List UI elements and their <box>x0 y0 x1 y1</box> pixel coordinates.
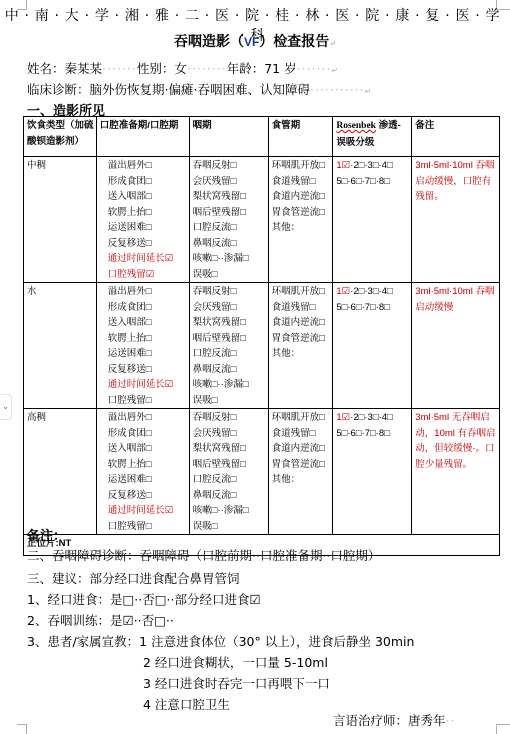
food-type-cell: 水 <box>24 283 97 409</box>
name-label: 姓名： <box>27 61 65 76</box>
remarks-label: 备注： <box>27 525 66 544</box>
rosenbek-cell: 1☑·2□·3□·4□ 5□·6□·7□·8□ <box>333 409 412 535</box>
rosenbek-cell: 1☑·2□·3□·4□ 5□·6□·7□·8□ <box>333 283 412 409</box>
pharyngeal-item: 鼻咽反流□ <box>193 362 266 378</box>
esophageal-item: 环咽肌开放□ <box>272 158 331 174</box>
oral-item: 溢出唇外□ <box>100 158 187 174</box>
oral-item: 溢出唇外□ <box>100 284 187 300</box>
pharyngeal-item: 误吸□ <box>193 519 266 535</box>
suggestion: 三、建议：部分经口进食配合鼻胃管饲 <box>27 569 240 587</box>
rosenbek-grades: ·2□·3□·4□ <box>350 286 393 297</box>
patient-age: 71 岁 <box>264 61 296 76</box>
rosenbek-line: 5□·6□·7□·8□ <box>336 426 409 442</box>
pharyngeal-item: 口腔反流□ <box>193 472 266 488</box>
therapist-signature: 言语治疗师：唐秀年·· <box>333 711 455 729</box>
rosenbek-grades: ·2□·3□·4□ <box>350 160 393 171</box>
oral-phase-cell: 溢出唇外□ 形成食团□ 送入咽部□ 软腭上抬□ 运送困难□ 反复移送□ 通过时间… <box>96 409 189 535</box>
pharyngeal-item: 会厌残留□ <box>193 300 266 316</box>
rosenbek-line: 1☑·2□·3□·4□ <box>336 158 409 174</box>
oral-item: 送入咽部□ <box>100 441 187 457</box>
oral-item: 送入咽部□ <box>100 315 187 331</box>
rosenbek-line: 1☑·2□·3□·4□ <box>336 284 409 300</box>
pharyngeal-item: 咳嗽□··渗漏□ <box>193 503 266 519</box>
pharyngeal-item: 咽后壁残留□ <box>193 205 266 221</box>
patient-info: 姓名：秦某某·······性别：女········年龄：71 岁·······↵ <box>27 59 338 77</box>
header-pharyngeal-phase: 咽期 <box>189 117 268 157</box>
esophageal-item: 胃食管逆流□ <box>272 457 331 473</box>
food-type-cell: 高稠 <box>24 409 97 535</box>
esophageal-phase-cell: 环咽肌开放□ 食道残留□ 食道内逆流□ 胃食管逆流□ 其他： <box>268 409 333 535</box>
education-item: 1 注意进食体位（30° 以上），进食后静坐 30min <box>139 634 414 649</box>
diagnosis-value: 脑外伤恢复期·偏瘫·吞咽困难、认知障碍 <box>90 82 310 97</box>
header-oral-phase: 口腔准备期/口腔期 <box>96 117 189 157</box>
rosenbek-name: Rosenbek <box>336 121 376 131</box>
rosenbek-cell: 1☑·2□·3□·4□ 5□·6□·7□·8□ <box>333 157 412 283</box>
pharyngeal-item: 咳嗽□··渗漏□ <box>193 251 266 267</box>
header-esophageal-phase: 食管期 <box>268 117 333 157</box>
oral-item: 口腔残留□ <box>100 519 187 535</box>
page-corner-mark <box>17 724 27 734</box>
clinical-diagnosis: 临床诊断：脑外伤恢复期·偏瘫·吞咽困难、认知障碍···········↵ <box>27 80 371 98</box>
oral-item: 运送困难□ <box>100 472 187 488</box>
pharyngeal-item: 口腔反流□ <box>193 346 266 362</box>
pharyngeal-item: 梨状窝残留□ <box>193 315 266 331</box>
table-row: 高稠 溢出唇外□ 形成食团□ 送入咽部□ 软腭上抬□ 运送困难□ 反复移送□ 通… <box>24 409 500 535</box>
diagnosis-label: 临床诊断： <box>27 82 90 97</box>
sex-label: 性别： <box>137 61 175 76</box>
oral-item: 反复移送□ <box>100 488 187 504</box>
swallow-training-option: 2、吞咽训练：是☑··否□·· <box>27 611 174 629</box>
rosenbek-grade-checked: 1☑ <box>336 160 350 171</box>
esophageal-item: 食道残留□ <box>272 300 331 316</box>
pharyngeal-item: 误吸□ <box>193 393 266 409</box>
pharyngeal-item: 鼻咽反流□ <box>193 488 266 504</box>
esophageal-item: 食道内逆流□ <box>272 441 331 457</box>
pharyngeal-item: 误吸□ <box>193 267 266 283</box>
title-suffix: ）检查报告 <box>259 34 329 50</box>
title-prefix: 吞咽造影（ <box>174 34 244 50</box>
oral-item-checked: 通过时间延长☑ <box>100 251 187 267</box>
table-header-row: 饮食类型（加硫酸钡造影剂） 口腔准备期/口腔期 咽期 食管期 Rosenbek … <box>24 117 500 157</box>
oral-phase-cell: 溢出唇外□ 形成食团□ 送入咽部□ 软腭上抬□ 运送困难□ 反复移送□ 通过时间… <box>96 283 189 409</box>
oral-item: 形成食团□ <box>100 174 187 190</box>
pharyngeal-item: 梨状窝残留□ <box>193 189 266 205</box>
oral-phase-cell: 溢出唇外□ 形成食团□ 送入咽部□ 软腭上抬□ 运送困难□ 反复移送□ 通过时间… <box>96 157 189 283</box>
oral-item: 形成食团□ <box>100 300 187 316</box>
pharyngeal-phase-cell: 吞咽反射□ 会厌残留□ 梨状窝残留□ 咽后壁残留□ 口腔反流□ 鼻咽反流□ 咳嗽… <box>189 283 268 409</box>
education-item: 2 经口进食糊状，一口量 5-10ml <box>143 653 328 671</box>
therapist-label: 言语治疗师： <box>333 713 408 728</box>
esophageal-item: 食道内逆流□ <box>272 189 331 205</box>
rosenbek-grade-checked: 1☑ <box>336 286 350 297</box>
esophageal-item: 其他： <box>272 220 331 236</box>
oral-item: 软腭上抬□ <box>100 457 187 473</box>
oral-item-checked: 通过时间延长☑ <box>100 503 187 519</box>
oral-item-checked: 通过时间延长☑ <box>100 377 187 393</box>
oral-item: 反复移送□ <box>100 236 187 252</box>
pharyngeal-phase-cell: 吞咽反射□ 会厌残留□ 梨状窝残留□ 咽后壁残留□ 口腔反流□ 鼻咽反流□ 咳嗽… <box>189 157 268 283</box>
esophageal-item: 环咽肌开放□ <box>272 284 331 300</box>
oral-intake-option: 1、经口进食：是□··否□··部分经口进食☑ <box>27 590 261 608</box>
oral-item: 运送困难□ <box>100 220 187 236</box>
oral-item: 软腭上抬□ <box>100 205 187 221</box>
chevron-down-icon: ⌄ <box>2 402 10 412</box>
oral-item: 溢出唇外□ <box>100 410 187 426</box>
education-item: 4 注意口腔卫生 <box>143 695 230 713</box>
oral-item: 软腭上抬□ <box>100 331 187 347</box>
oral-item: 送入咽部□ <box>100 189 187 205</box>
findings-table: 饮食类型（加硫酸钡造影剂） 口腔准备期/口腔期 咽期 食管期 Rosenbek … <box>23 116 500 556</box>
food-type-cell: 中稠 <box>24 157 97 283</box>
rosenbek-line: 1☑·2□·3□·4□ <box>336 410 409 426</box>
title-vf: VF <box>244 35 259 49</box>
pharyngeal-item: 会厌残留□ <box>193 174 266 190</box>
esophageal-item: 胃食管逆流□ <box>272 205 331 221</box>
oral-item: 运送困难□ <box>100 346 187 362</box>
side-panel-toggle[interactable]: ⌄ <box>0 394 12 420</box>
pharyngeal-item: 吞咽反射□ <box>193 410 266 426</box>
oral-item: 反复移送□ <box>100 362 187 378</box>
esophageal-item: 胃食管逆流□ <box>272 331 331 347</box>
oral-item: 形成食团□ <box>100 426 187 442</box>
esophageal-item: 食道残留□ <box>272 174 331 190</box>
patient-name: 秦某某 <box>65 61 103 76</box>
oral-item: 口腔残留□ <box>100 393 187 409</box>
age-label: 年龄： <box>227 61 265 76</box>
rosenbek-grade-checked: 1☑ <box>336 412 350 423</box>
esophageal-item: 其他： <box>272 346 331 362</box>
esophageal-phase-cell: 环咽肌开放□ 食道残留□ 食道内逆流□ 胃食管逆流□ 其他： <box>268 283 333 409</box>
pharyngeal-item: 吞咽反射□ <box>193 284 266 300</box>
esophageal-item: 食道内逆流□ <box>272 315 331 331</box>
header-rosenbek-scale: Rosenbek 渗透-误吸分级 <box>333 117 412 157</box>
patient-sex: 女 <box>174 61 187 76</box>
notes-cell: 3ml·5ml·10ml 吞咽启动缓慢 <box>412 283 500 409</box>
education-label: 3、患者/家属宣教： <box>27 634 139 649</box>
pharyngeal-item: 咽后壁残留□ <box>193 331 266 347</box>
oral-item-checked: 口腔残留☑ <box>100 267 187 283</box>
rosenbek-grades: ·2□·3□·4□ <box>350 412 393 423</box>
page-corner-mark <box>496 724 510 734</box>
dysphagia-diagnosis: 二、吞咽障碍诊断：吞咽障碍（口腔前期··口腔准备期··口腔期） <box>27 546 380 564</box>
esophageal-phase-cell: 环咽肌开放□ 食道残留□ 食道内逆流□ 胃食管逆流□ 其他： <box>268 157 333 283</box>
pharyngeal-phase-cell: 吞咽反射□ 会厌残留□ 梨状窝残留□ 咽后壁残留□ 口腔反流□ 鼻咽反流□ 咳嗽… <box>189 409 268 535</box>
table-row: 中稠 溢出唇外□ 形成食团□ 送入咽部□ 软腭上抬□ 运送困难□ 反复移送□ 通… <box>24 157 500 283</box>
education-line: 3、患者/家属宣教：1 注意进食体位（30° 以上），进食后静坐 30min <box>27 632 414 650</box>
rosenbek-line: 5□·6□·7□·8□ <box>336 174 409 190</box>
header-notes: 备注 <box>412 117 500 157</box>
notes-cell: 3ml·5ml 无吞咽启动，10ml 有吞咽启动，但较缓慢·。口腔少量残留。 <box>412 409 500 535</box>
pharyngeal-item: 咳嗽□··渗漏□ <box>193 377 266 393</box>
esophageal-item: 环咽肌开放□ <box>272 410 331 426</box>
pharyngeal-item: 口腔反流□ <box>193 220 266 236</box>
pharyngeal-item: 吞咽反射□ <box>193 158 266 174</box>
pharyngeal-item: 咽后壁残留□ <box>193 457 266 473</box>
esophageal-item: 其他： <box>272 472 331 488</box>
esophageal-item: 食道残留□ <box>272 426 331 442</box>
pharyngeal-item: 鼻咽反流□ <box>193 236 266 252</box>
rosenbek-line: 5□·6□·7□·8□ <box>336 300 409 316</box>
pharyngeal-item: 会厌残留□ <box>193 426 266 442</box>
table-row: 水 溢出唇外□ 形成食团□ 送入咽部□ 软腭上抬□ 运送困难□ 反复移送□ 通过… <box>24 283 500 409</box>
header-food-type: 饮食类型（加硫酸钡造影剂） <box>24 117 97 157</box>
therapist-name: 唐秀年 <box>408 713 446 728</box>
report-title: 吞咽造影（VF）检查报告↵ <box>0 31 510 51</box>
education-item: 3 经口进食时吞完一口再喂下一口 <box>143 674 330 692</box>
notes-cell: 3ml·5ml·10ml 吞咽启动缓慢，口腔有残留。 <box>412 157 500 283</box>
pharyngeal-item: 梨状窝残留□ <box>193 441 266 457</box>
